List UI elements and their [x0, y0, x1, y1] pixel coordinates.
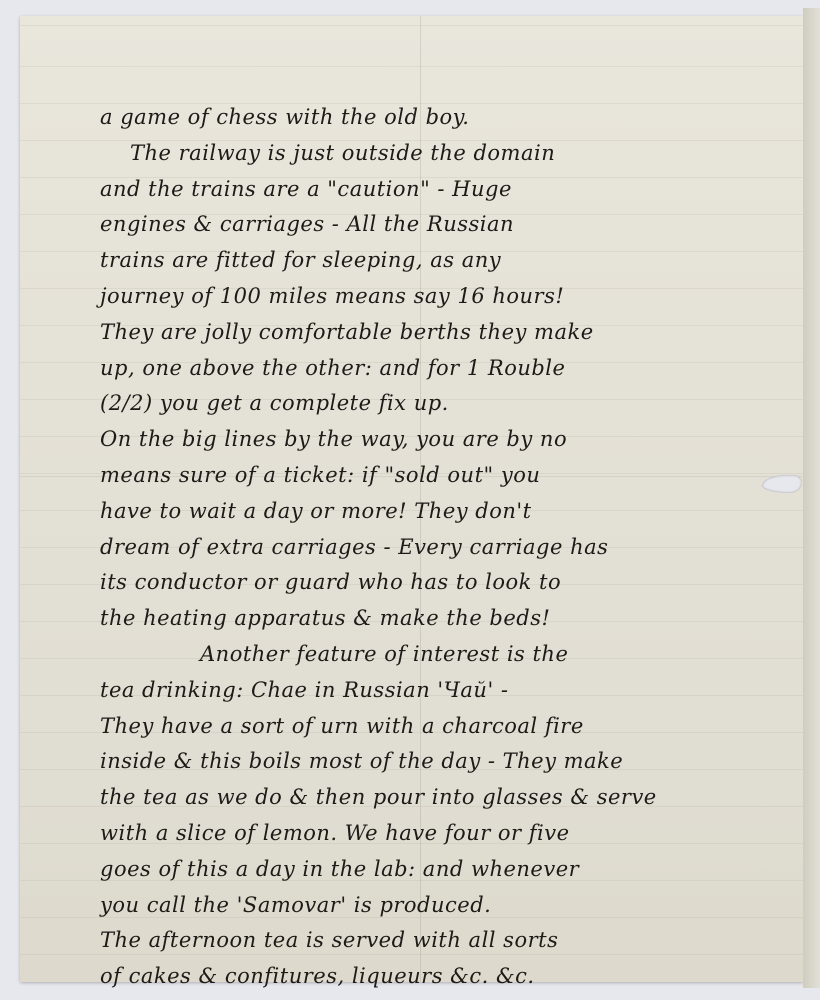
- letter-line: the heating apparatus & make the beds!: [100, 601, 800, 637]
- letter-line: dream of extra carriages - Every carriag…: [100, 530, 800, 566]
- letter-line: The railway is just outside the domain: [100, 136, 800, 172]
- letter-line: engines & carriages - All the Russian: [100, 207, 800, 243]
- letter-line: They have a sort of urn with a charcoal …: [100, 709, 800, 745]
- letter-line: inside & this boils most of the day - Th…: [100, 744, 800, 780]
- letter-line: The afternoon tea is served with all sor…: [100, 923, 800, 959]
- letter-line: tea drinking: Chae in Russian 'Чай' -: [100, 673, 800, 709]
- adjacent-page-edge: [803, 8, 820, 988]
- letter-line: the tea as we do & then pour into glasse…: [100, 780, 800, 816]
- letter-line: and the trains are a "caution" - Huge: [100, 172, 800, 208]
- letter-line: with a slice of lemon. We have four or f…: [100, 816, 800, 852]
- letter-line: have to wait a day or more! They don't: [100, 494, 800, 530]
- letter-line: of cakes & confitures, liqueurs &c. &c.: [100, 959, 800, 995]
- letter-line: trains are fitted for sleeping, as any: [100, 243, 800, 279]
- letter-line: journey of 100 miles means say 16 hours!: [100, 279, 800, 315]
- letter-line: (2/2) you get a complete fix up.: [100, 386, 800, 422]
- letter-line: you call the 'Samovar' is produced.: [100, 888, 800, 924]
- letter-line: Another feature of interest is the: [100, 637, 800, 673]
- letter-line: means sure of a ticket: if "sold out" yo…: [100, 458, 800, 494]
- letter-line: up, one above the other: and for 1 Roubl…: [100, 351, 800, 387]
- letter-line: its conductor or guard who has to look t…: [100, 565, 800, 601]
- handwritten-text: a game of chess with the old boy. The ra…: [100, 100, 800, 995]
- letter-line: They are jolly comfortable berths they m…: [100, 315, 800, 351]
- letter-line: a game of chess with the old boy.: [100, 100, 800, 136]
- letter-line: goes of this a day in the lab: and whene…: [100, 852, 800, 888]
- letter-line: On the big lines by the way, you are by …: [100, 422, 800, 458]
